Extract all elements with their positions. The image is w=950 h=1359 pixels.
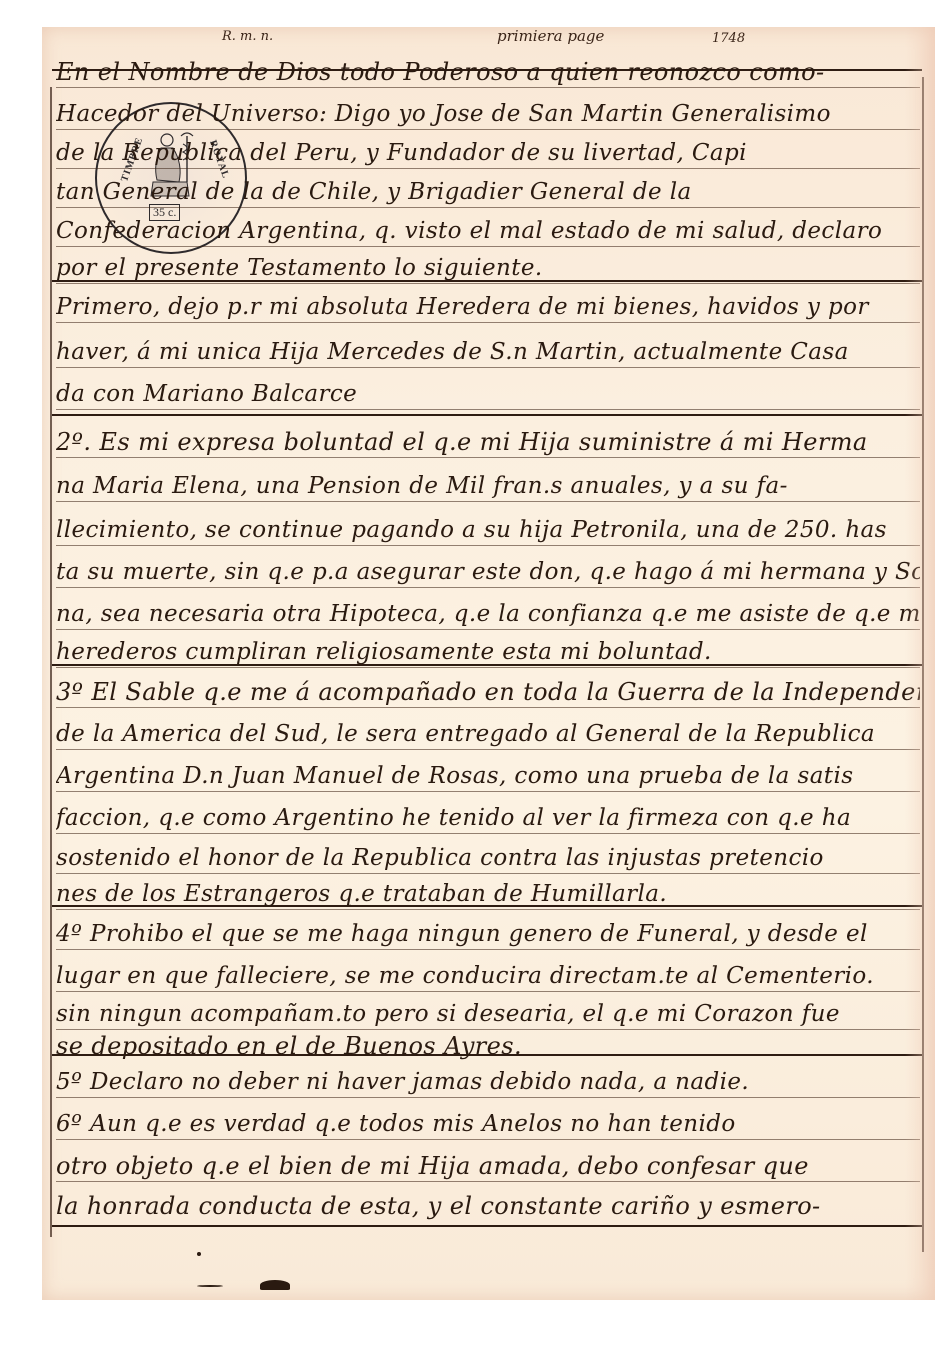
manuscript-line: 5º Declaro no deber ni haver jamas debid…	[56, 1067, 920, 1098]
line-text: Confederacion Argentina, q. visto el mal…	[56, 218, 882, 244]
manuscript-line: Argentina D.n Juan Manuel de Rosas, como…	[56, 761, 920, 792]
manuscript-line: nes de los Estrangeros q.e trataban de H…	[56, 879, 920, 910]
manuscript-line: 3º El Sable q.e me á acompañado en toda …	[56, 677, 920, 708]
left-margin-line	[50, 87, 52, 1237]
manuscript-line: Primero, dejo p.r mi absoluta Heredera d…	[56, 292, 920, 323]
manuscript-line: faccion, q.e como Argentino he tenido al…	[56, 803, 920, 834]
manuscript-line: haver, á mi unica Hija Mercedes de S.n M…	[56, 337, 920, 368]
manuscript-line: 2º. Es mi expresa boluntad el q.e mi Hij…	[56, 427, 920, 458]
section-divider	[52, 414, 922, 416]
manuscript-line: sostenido el honor de la Republica contr…	[56, 843, 920, 874]
manuscript-line: de la Republica del Peru, y Fundador de …	[56, 138, 920, 169]
manuscript-line: 4º Prohibo el que se me haga ningun gene…	[56, 919, 920, 950]
manuscript-line: sin ningun acompañam.to pero si desearia…	[56, 999, 920, 1030]
right-margin-line	[922, 77, 924, 1252]
manuscript-line: por el presente Testamento lo siguiente.	[56, 253, 920, 284]
manuscript-line: ta su muerte, sin q.e p.a asegurar este …	[56, 557, 920, 588]
manuscript-line: se depositado en el de Buenos Ayres.	[56, 1031, 920, 1061]
manuscript-line: la honrada conducta de esta, y el consta…	[56, 1191, 920, 1221]
line-text: tan General de la de Chile, y Brigadier …	[56, 179, 692, 205]
manuscript-line: na Maria Elena, una Pension de Mil fran.…	[56, 471, 920, 502]
header-note-center: primiera page	[497, 27, 604, 45]
ink-mark	[197, 1285, 223, 1287]
header-note-right: 1748	[712, 31, 745, 46]
line-text: de la Republica del Peru, y Fundador de …	[56, 140, 747, 166]
ink-speck	[197, 1252, 201, 1256]
bottom-rule-line	[52, 1225, 922, 1227]
manuscript-line: na, sea necesaria otra Hipoteca, q.e la …	[56, 599, 920, 630]
manuscript-line: da con Mariano Balcarce	[56, 379, 920, 410]
manuscript-line: herederos cumpliran religiosamente esta …	[56, 637, 920, 668]
manuscript-line: de la America del Sud, le sera entregado…	[56, 719, 920, 750]
manuscript-line: Confederacion Argentina, q. visto el mal…	[56, 216, 920, 247]
manuscript-line: 6º Aun q.e es verdad q.e todos mis Anelo…	[56, 1109, 920, 1140]
manuscript-line: otro objeto q.e el bien de mi Hija amada…	[56, 1151, 920, 1182]
ink-blot	[260, 1280, 290, 1290]
manuscript-line: En el Nombre de Dios todo Poderoso a qui…	[56, 57, 920, 88]
manuscript-line: Hacedor del Universo: Digo yo Jose de Sa…	[56, 99, 920, 130]
header-note-left: R. m. n.	[222, 29, 273, 44]
manuscript-line: tan General de la de Chile, y Brigadier …	[56, 177, 920, 208]
manuscript-page: R. m. n. primiera page 1748 TIMBRE ROYAL…	[42, 27, 935, 1300]
manuscript-line: lugar en que falleciere, se me conducira…	[56, 961, 920, 992]
manuscript-line: llecimiento, se continue pagando a su hi…	[56, 515, 920, 546]
